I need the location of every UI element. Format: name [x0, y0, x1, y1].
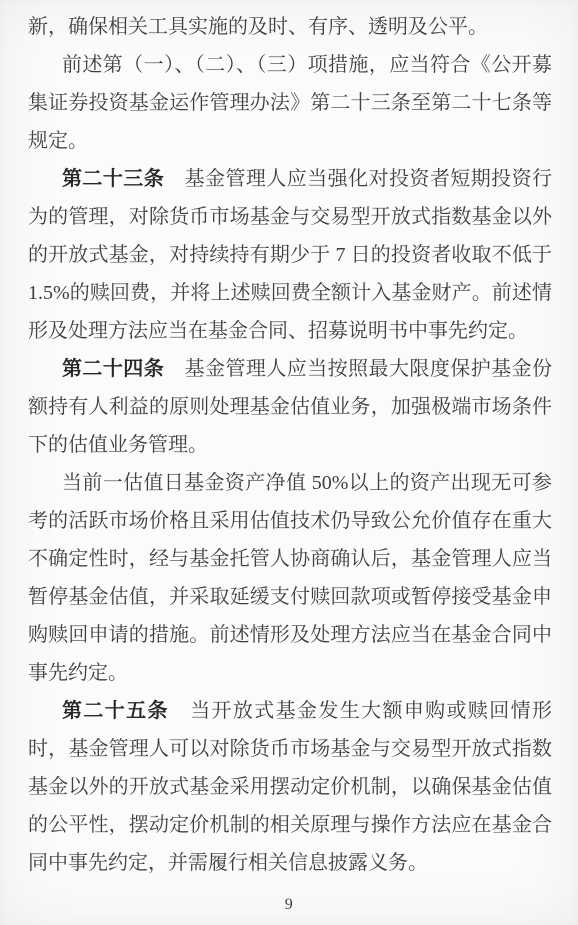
paragraph-continuation: 新，确保相关工具实施的及时、有序、透明及公平。 — [28, 8, 552, 46]
page-footer: 9 — [0, 896, 578, 914]
paragraph-text: 基金管理人应当强化对投资者短期投资行为的管理，对除货币市场基金与交易型开放式指数… — [28, 168, 552, 342]
article-number: 第二十三条 — [62, 168, 185, 190]
paragraph-text: 当开放式基金发生大额申购或赎回情形时，基金管理人可以对除货币市场基金与交易型开放… — [28, 700, 552, 874]
article-number: 第二十四条 — [62, 358, 185, 380]
paragraph: 当前一估值日基金资产净值 50%以上的资产出现无可参考的活跃市场价格且采用估值技… — [28, 464, 552, 692]
paragraph-article-24: 第二十四条 基金管理人应当按照最大限度保护基金份额持有人利益的原则处理基金估值业… — [28, 350, 552, 464]
paragraph-article-23: 第二十三条 基金管理人应当强化对投资者短期投资行为的管理，对除货币市场基金与交易… — [28, 160, 552, 350]
document-page: 新，确保相关工具实施的及时、有序、透明及公平。 前述第（一）、（二）、（三）项措… — [0, 0, 578, 925]
paragraph: 前述第（一）、（二）、（三）项措施，应当符合《公开募集证券投资基金运作管理办法》… — [28, 46, 552, 160]
paragraph-text: 前述第（一）、（二）、（三）项措施，应当符合《公开募集证券投资基金运作管理办法》… — [28, 54, 552, 152]
paragraph-article-25: 第二十五条 当开放式基金发生大额申购或赎回情形时，基金管理人可以对除货币市场基金… — [28, 692, 552, 882]
document-body: 新，确保相关工具实施的及时、有序、透明及公平。 前述第（一）、（二）、（三）项措… — [28, 8, 552, 882]
article-number: 第二十五条 — [62, 700, 190, 722]
page-number: 9 — [285, 896, 294, 913]
paragraph-text: 当前一估值日基金资产净值 50%以上的资产出现无可参考的活跃市场价格且采用估值技… — [28, 472, 552, 684]
paragraph-text: 新，确保相关工具实施的及时、有序、透明及公平。 — [28, 16, 488, 38]
